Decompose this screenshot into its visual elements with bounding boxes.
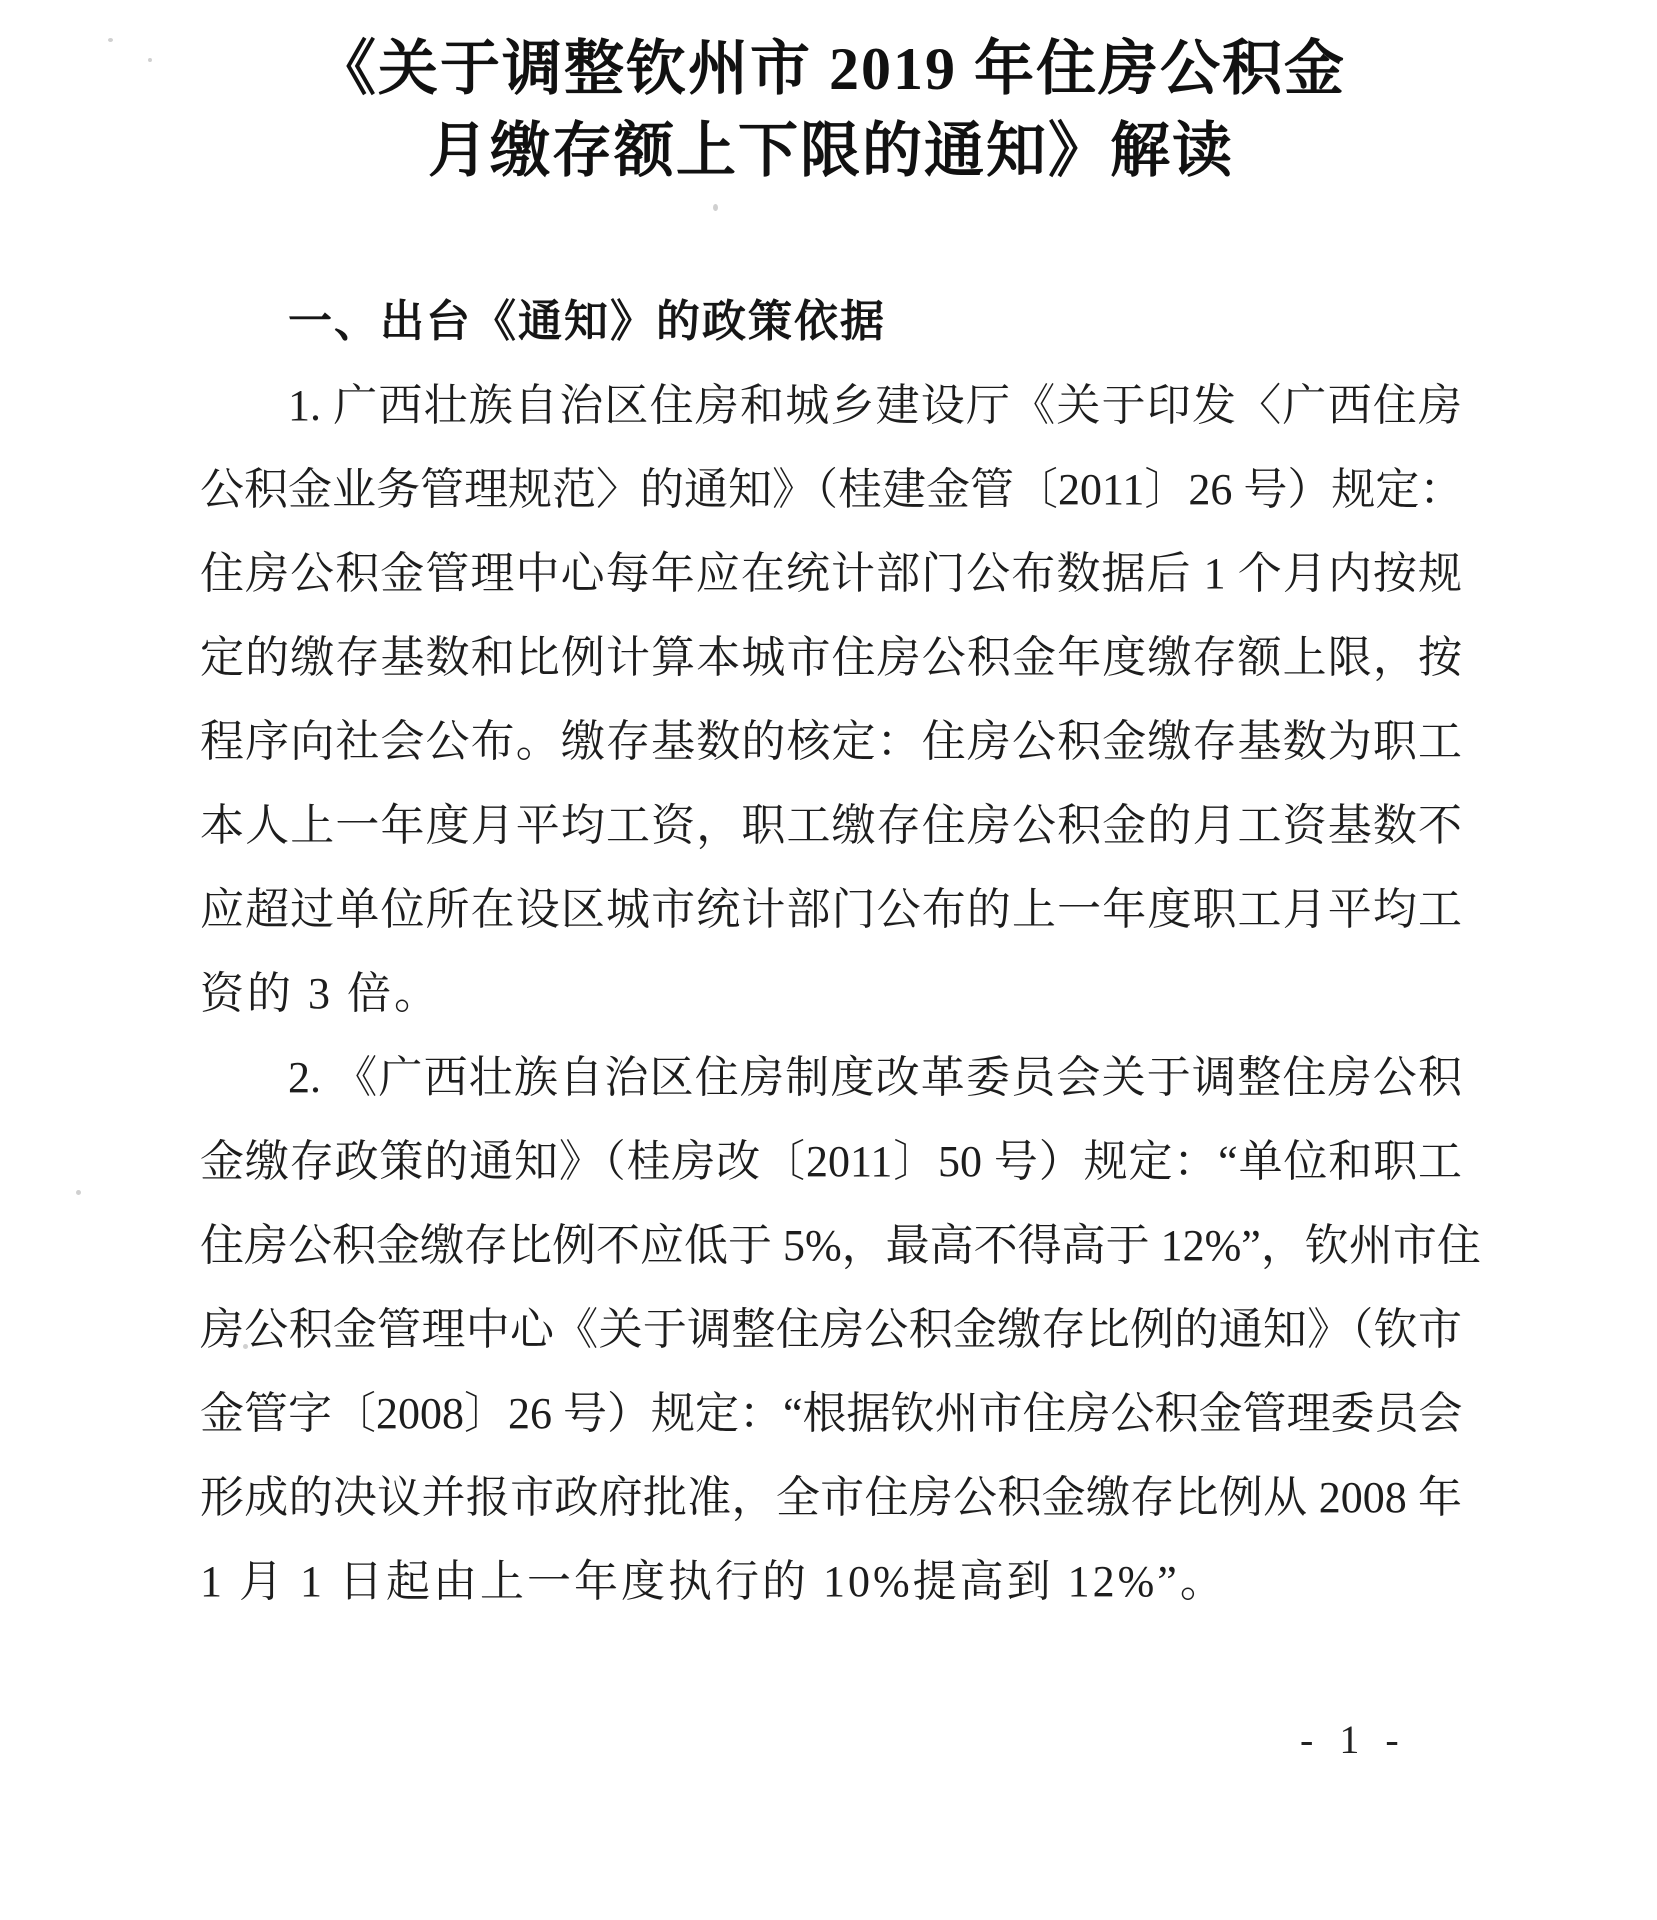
document-content: 《关于调整钦州市 2019 年住房公积金 月缴存额上下限的通知》解读 一、出台《… (200, 0, 1462, 1624)
paragraph-2-line-7: 1 月 1 日起由上一年度执行的 10%提高到 12%”。 (200, 1540, 1462, 1624)
scan-speck (108, 38, 113, 42)
paragraph-2-line-4: 房公积金管理中心《关于调整住房公积金缴存比例的通知》（钦市 (200, 1288, 1462, 1372)
paragraph-1: 1. 广西壮族自治区住房和城乡建设厅《关于印发〈广西住房 公积金业务管理规范〉的… (200, 364, 1462, 1036)
paragraph-1-line-6: 本人上一年度月平均工资，职工缴存住房公积金的月工资基数不 (200, 784, 1462, 868)
paragraph-1-line-4: 定的缴存基数和比例计算本城市住房公积金年度缴存额上限，按 (200, 616, 1462, 700)
paragraph-1-line-5: 程序向社会公布。缴存基数的核定：住房公积金缴存基数为职工 (200, 700, 1462, 784)
paragraph-2-line-5: 金管字〔2008〕26 号）规定：“根据钦州市住房公积金管理委员会 (200, 1372, 1462, 1456)
paragraph-2-line-3: 住房公积金缴存比例不应低于 5%，最高不得高于 12%”，钦州市住 (200, 1204, 1462, 1288)
document-title-line-1: 《关于调整钦州市 2019 年住房公积金 (200, 28, 1462, 110)
document-title: 《关于调整钦州市 2019 年住房公积金 月缴存额上下限的通知》解读 (200, 28, 1462, 192)
document-body: 1. 广西壮族自治区住房和城乡建设厅《关于印发〈广西住房 公积金业务管理规范〉的… (200, 364, 1462, 1624)
paragraph-2-line-2: 金缴存政策的通知》（桂房改〔2011〕50 号）规定：“单位和职工 (200, 1120, 1462, 1204)
paragraph-1-line-3: 住房公积金管理中心每年应在统计部门公布数据后 1 个月内按规 (200, 532, 1462, 616)
paragraph-1-line-1: 1. 广西壮族自治区住房和城乡建设厅《关于印发〈广西住房 (200, 364, 1462, 448)
page-number: - 1 - (1300, 1716, 1407, 1763)
paragraph-2: 2. 《广西壮族自治区住房制度改革委员会关于调整住房公积 金缴存政策的通知》（桂… (200, 1036, 1462, 1624)
paragraph-1-line-2: 公积金业务管理规范〉的通知》（桂建金管〔2011〕26 号）规定： (200, 448, 1462, 532)
scanned-document-page: 《关于调整钦州市 2019 年住房公积金 月缴存额上下限的通知》解读 一、出台《… (0, 0, 1657, 1920)
document-title-line-2: 月缴存额上下限的通知》解读 (200, 110, 1462, 192)
paragraph-1-line-8: 资的 3 倍。 (200, 952, 1462, 1036)
paragraph-2-line-6: 形成的决议并报市政府批准，全市住房公积金缴存比例从 2008 年 (200, 1456, 1462, 1540)
section-heading: 一、出台《通知》的政策依据 (200, 292, 1462, 352)
paragraph-1-line-7: 应超过单位所在设区城市统计部门公布的上一年度职工月平均工 (200, 868, 1462, 952)
scan-speck (76, 1190, 81, 1195)
paragraph-2-line-1: 2. 《广西壮族自治区住房制度改革委员会关于调整住房公积 (200, 1036, 1462, 1120)
scan-speck (148, 58, 152, 62)
